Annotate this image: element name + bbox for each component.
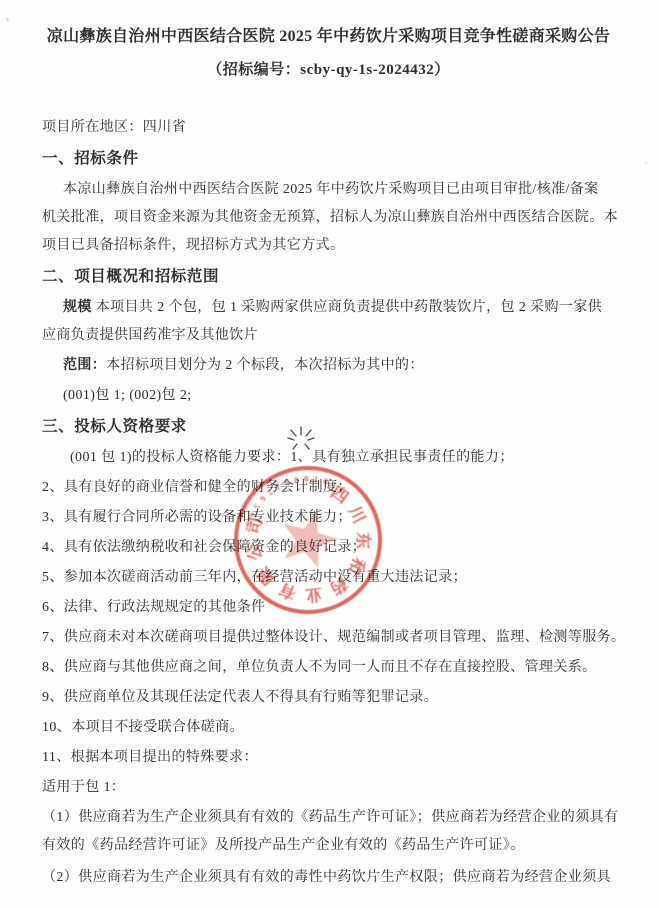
scan-speck — [645, 162, 647, 164]
requirement-item: 10、本项目不接受联合体磋商。 — [42, 716, 615, 740]
doc-line: 规模 本项目共 2 个包，包 1 采购两家供应商负责提供中药散装饮片，包 2 采… — [42, 296, 615, 320]
scope-label: 范围： — [63, 358, 106, 373]
doc-line: 适用于包 1： — [42, 776, 615, 800]
requirement-item: 6、法律、行政法规规定的其他条件 — [42, 596, 615, 620]
scan-speck — [330, 700, 332, 702]
doc-line: （2）供应商若为生产企业须具有有效的毒性中药饮片生产权限；供应商若为经营企业须具 — [42, 866, 615, 890]
doc-line: (001 包 1)的投标人资格能力要求：1、具有独立承担民事责任的能力； — [42, 446, 615, 470]
requirement-item: 2、具有良好的商业信誉和健全的财务会计制度； — [42, 476, 615, 500]
doc-line: 机关批准，项目资金来源为其他资金无预算，招标人为凉山彝族自治州中西医结合医院。本 — [42, 206, 615, 230]
scan-speck — [6, 18, 9, 21]
requirement-item: 4、具有依法缴纳税收和社会保障资金的良好记录； — [42, 536, 615, 560]
doc-line: 应商负责提供国药准字及其他饮片 — [42, 324, 615, 348]
doc-line: 本凉山彝族自治州中西医结合医院 2025 年中药饮片采购项目已由项目审批/核准/… — [42, 178, 615, 202]
lot-list-line: (001)包 1; (002)包 2; — [42, 384, 615, 408]
requirement-item: 5、参加本次磋商活动前三年内，在经营活动中没有重大违法记录； — [42, 566, 615, 590]
section-2-heading: 二、项目概况和招标范围 — [42, 264, 615, 290]
requirement-item: 8、供应商与其他供应商之间，单位负责人不为同一人而且不存在直接控股、管理关系。 — [42, 656, 615, 680]
document-body: 凉山彝族自治州中西医结合医院 2025 年中药饮片采购项目竞争性磋商采购公告 （… — [0, 0, 659, 908]
tender-number: （招标编号：scby-qy-1s-2024432） — [42, 58, 615, 82]
doc-line: 有效的《药品经营许可证》及所投产品生产企业有效的《药品生产许可证》。 — [42, 834, 615, 858]
doc-line: （1）供应商若为生产企业须具有有效的《药品生产许可证》；供应商若为经营企业的须具… — [42, 806, 615, 830]
requirement-item: 11、根据本项目提出的特殊要求： — [42, 746, 615, 770]
section-3-heading: 三、投标人资格要求 — [42, 414, 615, 440]
project-location-line: 项目所在地区：四川省 — [42, 116, 615, 140]
doc-line: 范围：本招标项目划分为 2 个标段，本次招标为其中的： — [42, 354, 615, 378]
section-1-heading: 一、招标条件 — [42, 146, 615, 172]
scanned-document-page: 凉山彝族自治州中西医结合医院 2025 年中药饮片采购项目竞争性磋商采购公告 （… — [0, 0, 659, 908]
requirement-item: 3、具有履行合同所必需的设备和专业技术能力； — [42, 506, 615, 530]
requirement-item: 7、供应商未对本次磋商项目提供过整体设计、规范编制或者项目管理、监理、检测等服务… — [42, 626, 615, 650]
doc-line: 项目已具备招标条件，现招标方式为其它方式。 — [42, 234, 615, 258]
document-title: 凉山彝族自治州中西医结合医院 2025 年中药饮片采购项目竞争性磋商采购公告 — [42, 24, 615, 50]
scale-label: 规模 — [63, 300, 92, 315]
requirement-item: 9、供应商单位及其现任法定代表人不得具有行贿等犯罪记录。 — [42, 686, 615, 710]
